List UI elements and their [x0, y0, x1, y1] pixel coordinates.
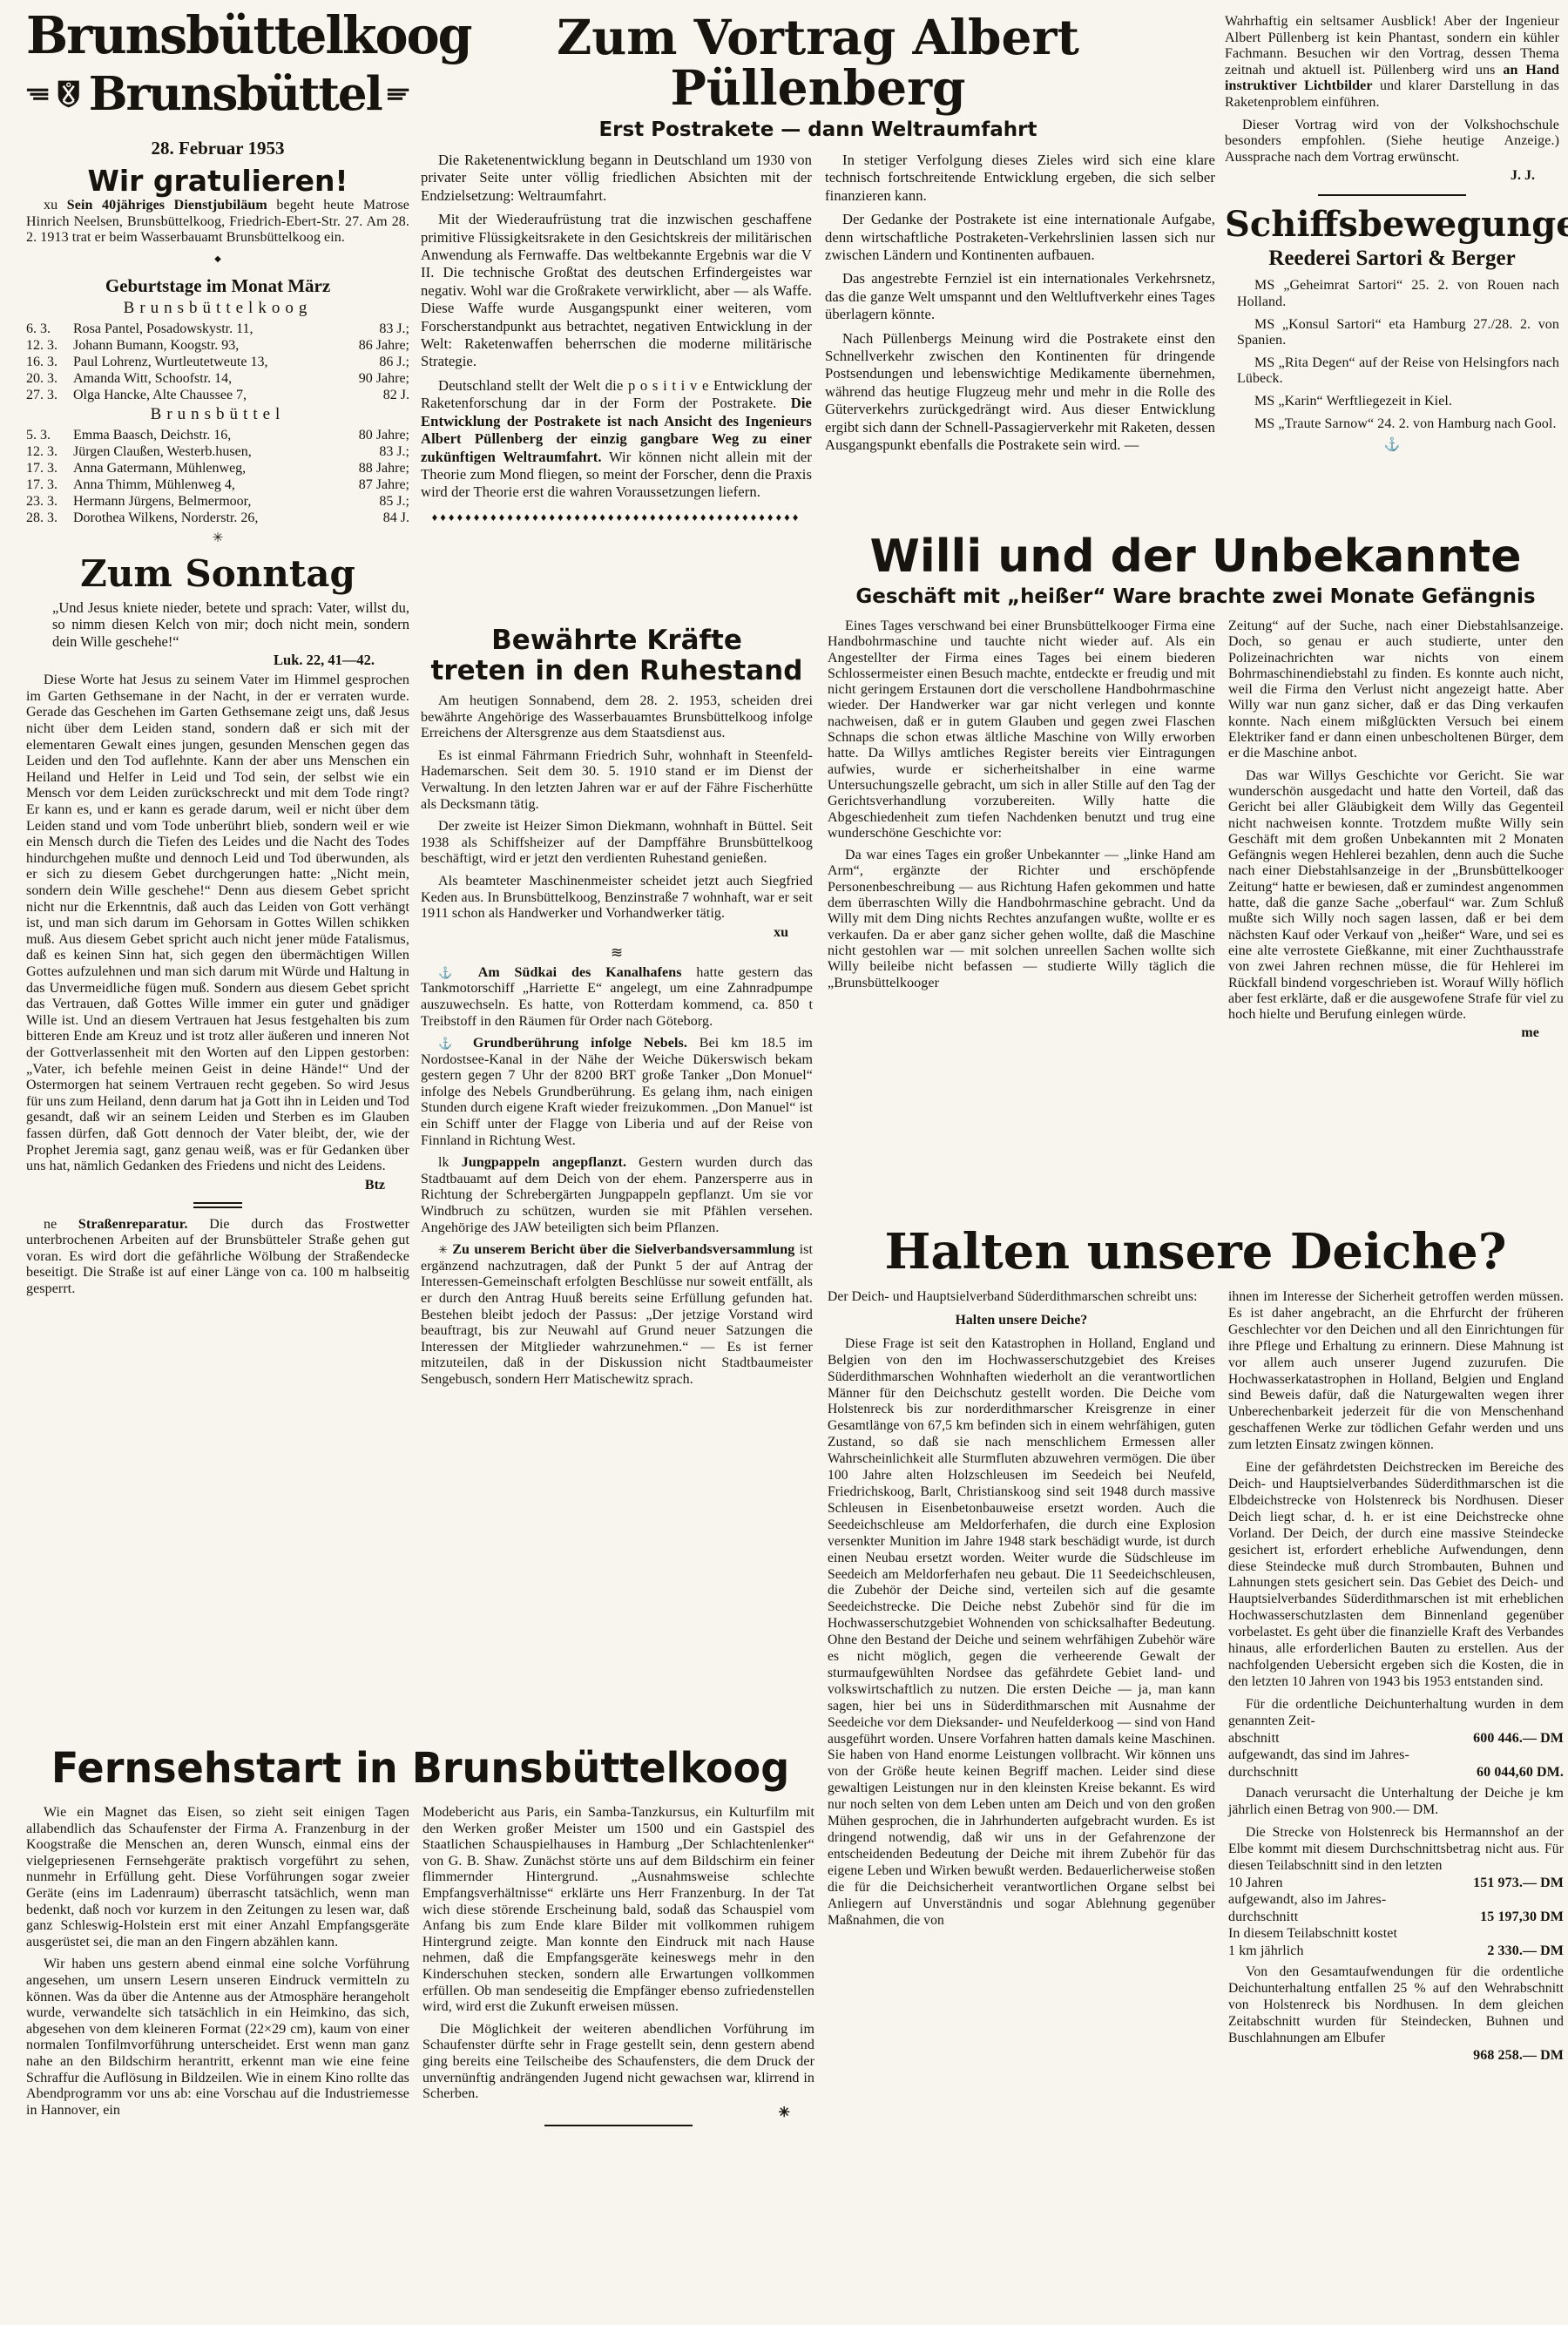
ship-icon: ⚓	[438, 966, 463, 979]
ship-entry: MS „Konsul Sartori“ eta Hamburg 27./28. …	[1225, 317, 1559, 349]
headline-schiffsbewegungen: Schiffsbewegungen	[1225, 206, 1559, 243]
note-grundberuehrung: ⚓ Grundberührung infolge Nebels. Bei km …	[421, 1036, 813, 1149]
sonntag-verse: Luk. 22, 41—42.	[26, 652, 409, 669]
puellenberg-col-c: Wahrhaftig ein seltsamer Ausblick! Aber …	[1225, 14, 1559, 166]
fernseh-para: Wie ein Magnet das Eisen, so zieht seit …	[26, 1805, 409, 1950]
sonntag-quote: „Und Jesus kniete nieder, betete und spr…	[52, 599, 409, 651]
masthead: Brunsbüttelkoog Brunsbüttel	[26, 10, 409, 125]
deiche-para: Danach verursacht die Unterhaltung der D…	[1228, 1786, 1564, 1819]
masthead-title-line1: Brunsbüttelkoog	[26, 10, 409, 62]
cost-amount: 600 446.— DM	[1473, 1730, 1564, 1747]
birthday-row: 28. 3.Dorothea Wilkens, Norderstr. 26,84…	[26, 510, 409, 526]
puellenberg-para: Der Gedanke der Postrakete ist eine inte…	[825, 211, 1215, 264]
headline-ruhestand: Bewährte Kräfte treten in den Ruhestand	[421, 625, 813, 686]
headline-willi: Willi und der Unbekannte	[828, 533, 1564, 580]
deiche-para: Diese Frage ist seit den Katastrophen in…	[828, 1336, 1215, 1930]
article-puellenberg: Zum Vortrag Albert Püllenberg Erst Postr…	[421, 12, 1215, 530]
article-ruhestand: Am heutigen Sonnabend, dem 28. 2. 1953, …	[421, 693, 813, 923]
birthday-list-brunsbuettel: 5. 3.Emma Baasch, Deichstr. 16,80 Jahre;…	[26, 427, 409, 526]
willi-signature: me	[1228, 1025, 1564, 1041]
star-icon: ✳	[438, 1243, 448, 1256]
headline-zum-sonntag: Zum Sonntag	[26, 554, 409, 594]
birthday-row: 17. 3.Anna Gatermann, Mühlenweg,88 Jahre…	[26, 460, 409, 476]
willi-para: Da war eines Tages ein großer Unbekannte…	[828, 848, 1215, 991]
note-jungpappeln: lk Jungpappeln angepflanzt. Gestern wurd…	[421, 1155, 813, 1236]
ruhestand-para: Es ist einmal Fährmann Friedrich Suhr, w…	[421, 748, 813, 813]
deiche-cost-intro: Für die ordentliche Deichunterhaltung wu…	[1228, 1697, 1564, 1730]
subhead-reederei: Reederei Sartori & Berger	[1225, 247, 1559, 271]
article-fernsehstart: Fernsehstart in Brunsbüttelkoog Wie ein …	[26, 1746, 814, 2126]
diamond-row-ornament: ♦♦♦♦♦♦♦♦♦♦♦♦♦♦♦♦♦♦♦♦♦♦♦♦♦♦♦♦♦♦♦♦♦♦♦♦♦♦♦♦…	[421, 509, 812, 526]
cost-row: durchschnitt15 197,30 DM	[1228, 1909, 1564, 1926]
birthday-row: 16. 3.Paul Lohrenz, Wurtleutetweute 13,8…	[26, 354, 409, 370]
deiche-para: Von den Gesamtaufwendungen für die orden…	[1228, 1964, 1564, 2047]
article-strassenreparatur: ne Straßenreparatur. Die durch das Frost…	[26, 1217, 409, 1298]
cost-row: abschnitt600 446.— DM	[1228, 1730, 1564, 1747]
cost-line: In diesem Teilabschnitt kostet	[1228, 1925, 1564, 1943]
ship-entry: MS „Traute Sarnow“ 24. 2. von Hamburg na…	[1225, 416, 1559, 433]
cost-row: 10 Jahren151 973.— DM	[1228, 1875, 1564, 1892]
birthdays-place-1: Brunsbüttelkoog	[26, 299, 409, 318]
fernseh-col-a: Wie ein Magnet das Eisen, so zieht seit …	[26, 1805, 409, 2126]
ship-movements-list: MS „Geheimrat Sartori“ 25. 2. von Rouen …	[1225, 278, 1559, 432]
gratulieren-bold: Sein 40jähriges Dienstjubiläum	[67, 198, 267, 213]
newspaper-page: Brunsbüttelkoog Brunsbüttel	[0, 0, 1568, 2325]
sonntag-body: Diese Worte hat Jesus zu seinem Vater im…	[26, 672, 409, 1174]
article-gratulieren: xu Sein 40jähriges Dienstjubiläum begeht…	[26, 198, 409, 247]
fernseh-para: Modebericht aus Paris, ein Samba-Tanzkur…	[422, 1805, 814, 2016]
cost-line: aufgewandt, das sind im Jahres-	[1228, 1747, 1564, 1764]
ruhestand-para: Der zweite ist Heizer Simon Diekmann, wo…	[421, 819, 813, 868]
headline-geburtstage: Geburtstage im Monat März	[26, 275, 409, 297]
article-zum-sonntag: Diese Worte hat Jesus zu seinem Vater im…	[26, 672, 409, 1174]
headline-wir-gratulieren: Wir gratulieren!	[26, 165, 409, 198]
cost-row: durchschnitt60 044,60 DM.	[1228, 1764, 1564, 1781]
ornament-stripes-left-icon	[26, 78, 49, 110]
deiche-para: Eine der gefährdetsten Deichstrecken im …	[1228, 1460, 1564, 1691]
strasse-bold: Straßenreparatur.	[78, 1217, 188, 1232]
note-sielverband: ✳ Zu unserem Bericht über die Sielverban…	[421, 1242, 813, 1388]
cost-line: aufgewandt, also im Jahres-	[1228, 1891, 1564, 1909]
column-2-middle: Bewährte Kräfte treten in den Ruhestand …	[421, 625, 813, 1395]
birthday-list-brunsbuettelkoog: 6. 3.Rosa Pantel, Posadowskystr. 11,83 J…	[26, 321, 409, 403]
deiche-col-b: ihnen im Interesse der Sicherheit getrof…	[1228, 1289, 1564, 2064]
ship-icon: ⚓	[438, 1037, 461, 1050]
fernseh-para: Die Möglichkeit der weiteren abendlichen…	[422, 2022, 814, 2103]
puellenberg-para: Mit der Wiederaufrüstung trat die inzwis…	[421, 211, 812, 371]
fernseh-para: Wir haben uns gestern abend einmal eine …	[26, 1957, 409, 2119]
subhead-puellenberg: Erst Postrakete — dann Weltraumfahrt	[421, 118, 1215, 141]
article-willi: Willi und der Unbekannte Geschäft mit „h…	[828, 533, 1564, 1042]
ship-entry: MS „Geheimrat Sartori“ 25. 2. von Rouen …	[1225, 278, 1559, 310]
puellenberg-col-b: In stetiger Verfolgung dieses Zieles wir…	[825, 152, 1215, 530]
headline-deiche: Halten unsere Deiche?	[828, 1227, 1564, 1277]
sonntag-signature: Btz	[26, 1178, 409, 1193]
ruhestand-signature: xu	[421, 925, 813, 941]
masthead-title-line2: Brunsbüttel	[89, 70, 382, 118]
strasse-pre: ne	[44, 1217, 78, 1232]
local-notes: ⚓ Am Südkai des Kanalhafens hatte gester…	[421, 965, 813, 1389]
cost-amount: 60 044,60 DM.	[1477, 1764, 1564, 1781]
puellenberg-para: Nach Püllenbergs Meinung wird die Postra…	[825, 330, 1215, 455]
star-ornament: ✳	[26, 531, 409, 545]
birthday-row: 6. 3.Rosa Pantel, Posadowskystr. 11,83 J…	[26, 321, 409, 337]
cost-amount: 968 258.— DM	[1473, 2047, 1564, 2065]
ship-entry: MS „Karin“ Werftliegezeit in Kiel.	[1225, 394, 1559, 410]
cost-amount: 15 197,30 DM	[1480, 1909, 1564, 1926]
birthday-row: 20. 3.Amanda Witt, Schoofstr. 14,90 Jahr…	[26, 370, 409, 387]
puellenberg-para: Das angestrebte Fernziel ist ein interna…	[825, 270, 1215, 323]
note-suedkai: ⚓ Am Südkai des Kanalhafens hatte gester…	[421, 965, 813, 1030]
headline-fernsehstart: Fernsehstart in Brunsbüttelkoog	[42, 1746, 799, 1791]
deiche-col-a: Der Deich- und Hauptsielverband Süderdit…	[828, 1289, 1215, 2064]
willi-para: Eines Tages verschwand bei einer Brunsbü…	[828, 618, 1215, 841]
puellenberg-para: Wahrhaftig ein seltsamer Ausblick! Aber …	[1225, 14, 1559, 112]
section-rule	[544, 2125, 693, 2126]
willi-para: Zeitung“ auf der Suche, nach einer Diebs…	[1228, 618, 1564, 762]
birthday-row: 23. 3.Hermann Jürgens, Belmermoor,85 J.;	[26, 493, 409, 510]
willi-col-b: Zeitung“ auf der Suche, nach einer Diebs…	[1228, 618, 1564, 1042]
column-1: Brunsbüttelkoog Brunsbüttel	[26, 10, 409, 1304]
birthday-row: 12. 3.Johann Bumann, Koogstr. 93,86 Jahr…	[26, 337, 409, 354]
column-4-top: Wahrhaftig ein seltsamer Ausblick! Aber …	[1225, 14, 1559, 457]
cost-row: 1 km jährlich2 330.— DM	[1228, 1943, 1564, 1960]
cost-row: 968 258.— DM	[1228, 2047, 1564, 2065]
gratulieren-body: xu Sein 40jähriges Dienstjubiläum begeht…	[26, 198, 409, 247]
crest-icon	[54, 63, 83, 125]
birthday-row: 5. 3.Emma Baasch, Deichstr. 16,80 Jahre;	[26, 427, 409, 443]
section-rule	[1318, 194, 1466, 196]
ship-entry: MS „Rita Degen“ auf der Reise von Helsin…	[1225, 355, 1559, 388]
article-deiche: Halten unsere Deiche? Der Deich- und Hau…	[828, 1227, 1564, 2064]
cost-amount: 2 330.— DM	[1487, 1943, 1564, 1960]
birthday-row: 12. 3.Jürgen Claußen, Westerb.husen,83 J…	[26, 443, 409, 460]
subhead-willi: Geschäft mit „heißer“ Ware brachte zwei …	[828, 585, 1564, 608]
double-rule	[193, 1202, 242, 1208]
anchor-icon: ⚓	[1225, 438, 1559, 452]
diamond-ornament: ◆	[26, 253, 409, 267]
willi-col-a: Eines Tages verschwand bei einer Brunsbü…	[828, 618, 1215, 1042]
gratulieren-pre: xu	[44, 198, 67, 213]
ornament-stripes-right-icon	[387, 78, 409, 110]
puellenberg-para: Dieser Vortrag wird von der Volkshochsch…	[1225, 118, 1559, 166]
cost-amount: 151 973.— DM	[1473, 1875, 1564, 1892]
deiche-subhead: Halten unsere Deiche?	[828, 1313, 1215, 1329]
birthday-row: 27. 3.Olga Hancke, Alte Chaussee 7,82 J.	[26, 387, 409, 403]
willi-para: Das war Willys Geschichte vor Gericht. S…	[1228, 768, 1564, 1024]
wave-ornament: ≋	[421, 946, 813, 960]
fernseh-col-b: Modebericht aus Paris, ein Samba-Tanzkur…	[422, 1805, 814, 2126]
birthdays-place-2: Brunsbüttel	[26, 405, 409, 424]
puellenberg-signature: J. J.	[1225, 168, 1559, 184]
deiche-cost-intro: Die Strecke von Holstenreck bis Hermanns…	[1228, 1825, 1564, 1875]
puellenberg-para: Deutschland stellt der Welt die p o s i …	[421, 377, 812, 502]
deiche-para: ihnen im Interesse der Sicherheit getrof…	[1228, 1289, 1564, 1454]
birthday-row: 17. 3.Anna Thimm, Mühlenweg 4,87 Jahre;	[26, 476, 409, 493]
headline-puellenberg: Zum Vortrag Albert Püllenberg	[421, 12, 1215, 113]
dateline: 28. Februar 1953	[26, 138, 409, 159]
deiche-intro: Der Deich- und Hauptsielverband Süderdit…	[828, 1289, 1215, 1306]
ruhestand-para: Am heutigen Sonnabend, dem 28. 2. 1953, …	[421, 693, 813, 742]
ruhestand-para: Als beamteter Maschinenmeister scheidet …	[421, 874, 813, 923]
fernseh-star-signature: ✳	[422, 2105, 814, 2122]
puellenberg-col-a: Die Raketenentwicklung begann in Deutsch…	[421, 152, 812, 530]
puellenberg-para: Die Raketenentwicklung begann in Deutsch…	[421, 152, 812, 205]
puellenberg-para: In stetiger Verfolgung dieses Zieles wir…	[825, 152, 1215, 205]
